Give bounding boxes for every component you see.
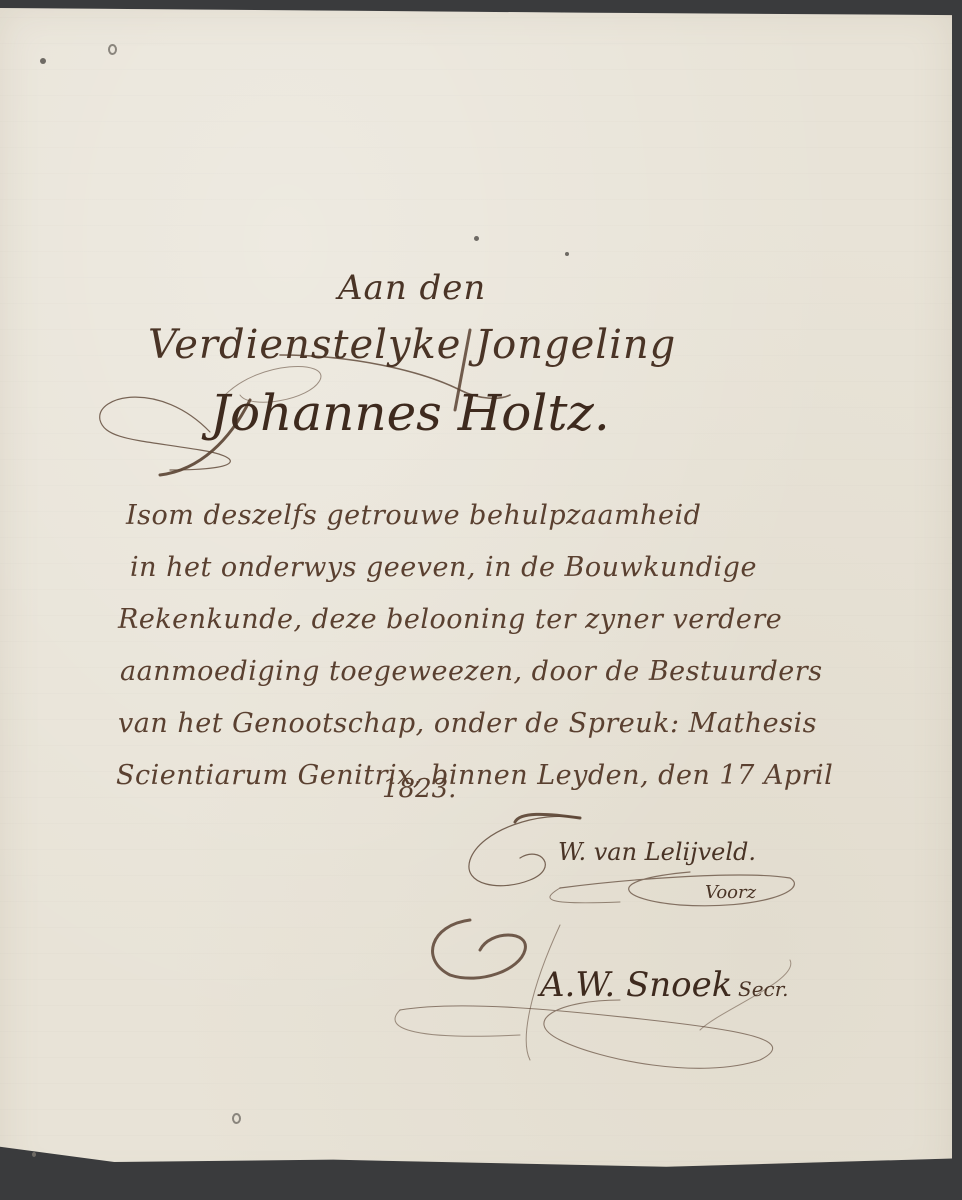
body-line: in het onderwys geeven, in de Bouwkundig… bbox=[130, 552, 757, 583]
body-line: aanmoediging toegeweezen, door de Bestuu… bbox=[120, 656, 823, 687]
signature-secretary: A.W. Snoek bbox=[540, 965, 732, 1005]
recipient-name: Johannes Holtz. bbox=[210, 384, 610, 442]
paper-speck bbox=[40, 58, 46, 64]
body-line: Rekenkunde, deze belooning ter zyner ver… bbox=[118, 604, 782, 635]
document-page bbox=[0, 8, 952, 1188]
paper-speck bbox=[108, 44, 117, 55]
signature-president-title: Voorz bbox=[705, 882, 756, 903]
signature-president: W. van Lelijveld. bbox=[558, 838, 756, 866]
paper-speck bbox=[565, 252, 569, 256]
body-line: Isom deszelfs getrouwe behulpzaamheid bbox=[126, 500, 701, 531]
paper-speck bbox=[474, 236, 479, 241]
body-line: Scientiarum Genitrix, binnen Leyden, den… bbox=[116, 760, 833, 791]
body-line: van het Genootschap, onder de Spreuk: Ma… bbox=[118, 708, 817, 739]
paper-speck bbox=[232, 1113, 241, 1124]
salutation-line: Aan den bbox=[338, 268, 486, 308]
recipient-title: Verdienstelyke Jongeling bbox=[148, 322, 676, 368]
signature-secretary-title: Secr. bbox=[738, 977, 788, 1001]
paper-speck bbox=[32, 1152, 36, 1157]
date-year: 1823. bbox=[382, 774, 456, 804]
